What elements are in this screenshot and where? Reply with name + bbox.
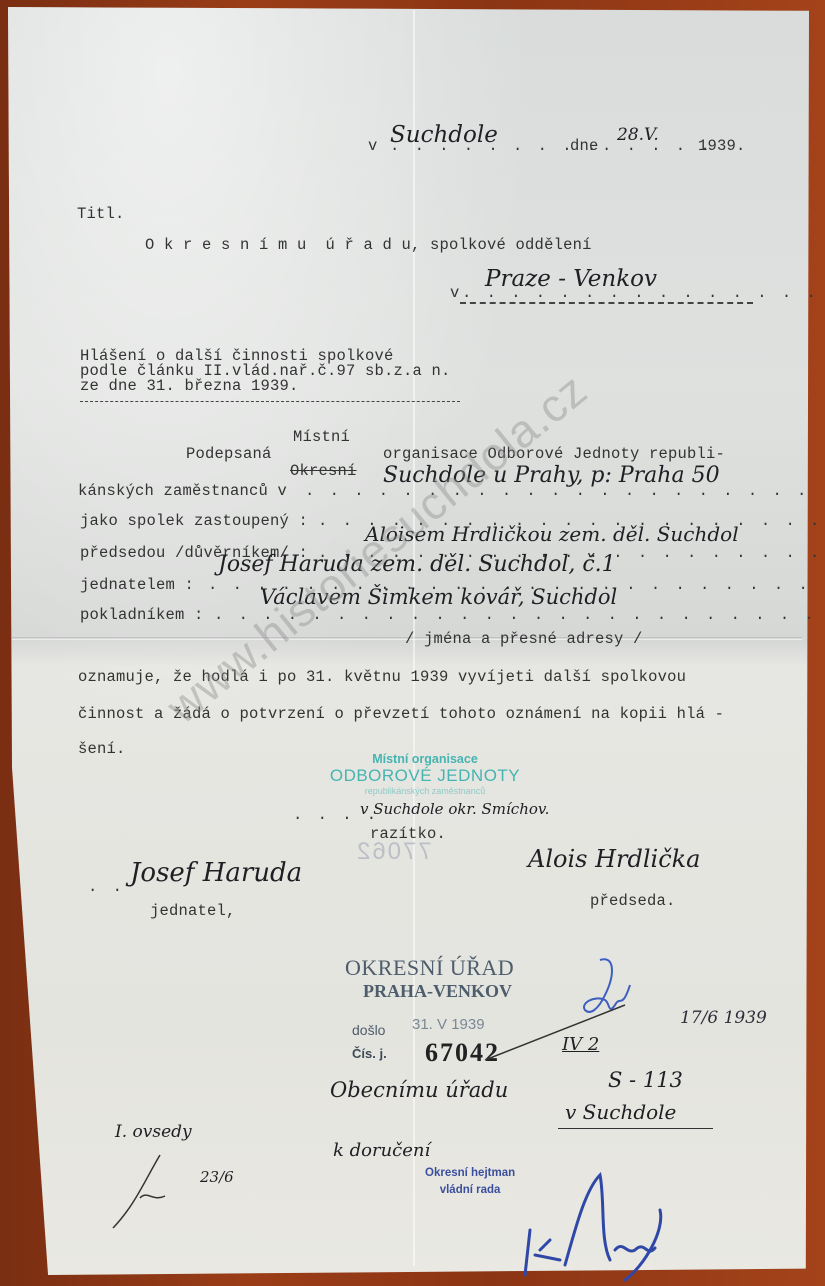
annotation-date: 17/6 1939 xyxy=(680,1008,767,1028)
governor-stamp-line-1: Okresní hejtman xyxy=(425,1165,515,1182)
annotation-roman: IV 2 xyxy=(562,1034,599,1055)
subject-dashed-rule xyxy=(80,401,460,402)
addressee-prefix: v xyxy=(450,284,460,302)
paragraph-line-3: šení. xyxy=(78,740,126,758)
org-stamp-handwritten: v Suchdole okr. Smíchov. xyxy=(360,800,549,818)
org-stamp-line-1: Místní organisace xyxy=(320,752,530,766)
org-stamp-line-3: republikánských zaměstnanců xyxy=(320,786,530,796)
governor-stamp-line-2: vládní rada xyxy=(425,1182,515,1199)
annotation-place: v Suchdole xyxy=(565,1100,676,1124)
annotation-left-note: I. ovsedy xyxy=(115,1122,192,1142)
annotation-left-date: 23/6 xyxy=(200,1168,234,1186)
office-stamp-line-2: PRAHA-VENKOV xyxy=(363,981,514,1002)
received-date: 31. V 1939 xyxy=(412,1016,485,1033)
left-signature: Josef Haruda xyxy=(130,858,302,888)
ref-label: Čís. j. xyxy=(352,1046,387,1061)
left-signature-dots: . . xyxy=(88,878,125,896)
treasurer-label: pokladníkem : xyxy=(80,606,204,624)
received-label: došlo xyxy=(352,1022,385,1038)
org-type-inserted: Místní xyxy=(293,428,350,446)
office-stamp-line-1: OKRESNÍ ÚŘAD xyxy=(345,955,514,981)
right-signature-role: předseda. xyxy=(590,892,676,910)
place-prefix: v xyxy=(368,137,378,155)
represented-label: jako spolek zastoupený : xyxy=(80,512,308,530)
office-stamp: OKRESNÍ ÚŘAD PRAHA-VENKOV xyxy=(345,955,514,1002)
intro-rest: organisace Odborové Jednoty republi- xyxy=(383,445,725,463)
secretary-label: jednatelem : xyxy=(80,576,194,594)
district-governor-stamp: Okresní hejtman vládní rada xyxy=(425,1165,515,1199)
intro-prefix: Podepsaná xyxy=(186,445,272,463)
addressee-dashed-rule xyxy=(460,302,753,304)
annotation-place-underline xyxy=(558,1128,713,1129)
subject-line-3: ze dne 31. března 1939. xyxy=(80,379,299,394)
date-handwritten: 28.V. xyxy=(617,125,659,145)
names-note: / jména a přesné adresy / xyxy=(405,630,643,648)
left-signature-role: jednatel, xyxy=(150,902,236,920)
annotation-office: Obecnímu úřadu xyxy=(330,1078,508,1102)
addressee-office: O k r e s n í m u ú ř a d u, spolkové od… xyxy=(145,236,592,254)
organisation-stamp: Místní organisace ODBOROVÉ JEDNOTY repub… xyxy=(320,752,530,796)
diagonal-pen-stroke xyxy=(480,1000,630,1070)
org-type-struck: Okresní xyxy=(290,462,357,480)
right-signature: Alois Hrdlička xyxy=(528,845,701,873)
line2-prefix: kánských zaměstnanců v xyxy=(78,482,287,500)
left-paraph-mark xyxy=(105,1150,195,1230)
org-stamp-line-2: ODBOROVÉ JEDNOTY xyxy=(320,766,530,786)
annotation-file-no: S - 113 xyxy=(608,1068,683,1092)
faint-stamp-number: 77062 xyxy=(355,838,432,866)
salutation: Titl. xyxy=(77,205,125,223)
year: 1939. xyxy=(698,137,746,155)
governor-signature xyxy=(515,1170,685,1280)
secretary-value-handwritten: Josef Haruda zem. děl. Suchdol, č.1 xyxy=(218,552,616,577)
addressee-dots: . . . . . . . . . . . . . . . . . xyxy=(462,284,825,302)
date-label: dne xyxy=(570,137,599,155)
place-dots: . . . . . . . . . xyxy=(390,137,599,155)
annotation-delivery: k doručení xyxy=(333,1140,430,1161)
